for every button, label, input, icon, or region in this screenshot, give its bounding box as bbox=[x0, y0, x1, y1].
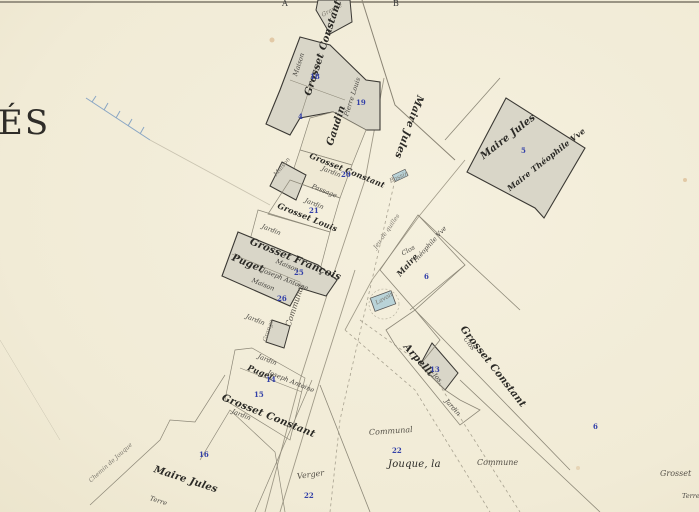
parcel-kind: Terre bbox=[682, 492, 699, 500]
parcel-number: 22 bbox=[392, 446, 402, 455]
label-commune: Commune bbox=[477, 458, 518, 467]
parcel-number: 13 bbox=[430, 365, 440, 374]
parcel-number: 16 bbox=[199, 450, 209, 459]
parcel-number: 26 bbox=[277, 294, 287, 303]
parcel-number: 6 bbox=[424, 272, 429, 281]
sheet-marker-b: B bbox=[393, 0, 399, 8]
parcel-number: 15 bbox=[254, 390, 264, 399]
parcel-number: 19 bbox=[356, 98, 366, 107]
map-linework bbox=[0, 0, 699, 512]
parcel-number: 6 bbox=[593, 422, 598, 431]
parcel-number: 18 bbox=[310, 72, 320, 81]
parcel-number: 5 bbox=[521, 146, 526, 155]
sheet-marker-a: A bbox=[282, 0, 288, 8]
parcel-number: 21 bbox=[309, 206, 319, 215]
parcel-number: 14 bbox=[266, 375, 276, 384]
parcel-owner: Jouque, la bbox=[388, 459, 441, 470]
parcel-number: 25 bbox=[294, 268, 304, 277]
parcel-owner: Grosset bbox=[660, 469, 691, 478]
parcel-number: 20 bbox=[341, 170, 351, 179]
map-title-fragment: ÉS bbox=[0, 103, 50, 143]
parcel-number: 4 bbox=[298, 112, 303, 121]
parcel-number: 22 bbox=[304, 491, 314, 500]
cadastral-map: ÉS A B Grange Grosset Constant Maison 18… bbox=[0, 0, 699, 512]
